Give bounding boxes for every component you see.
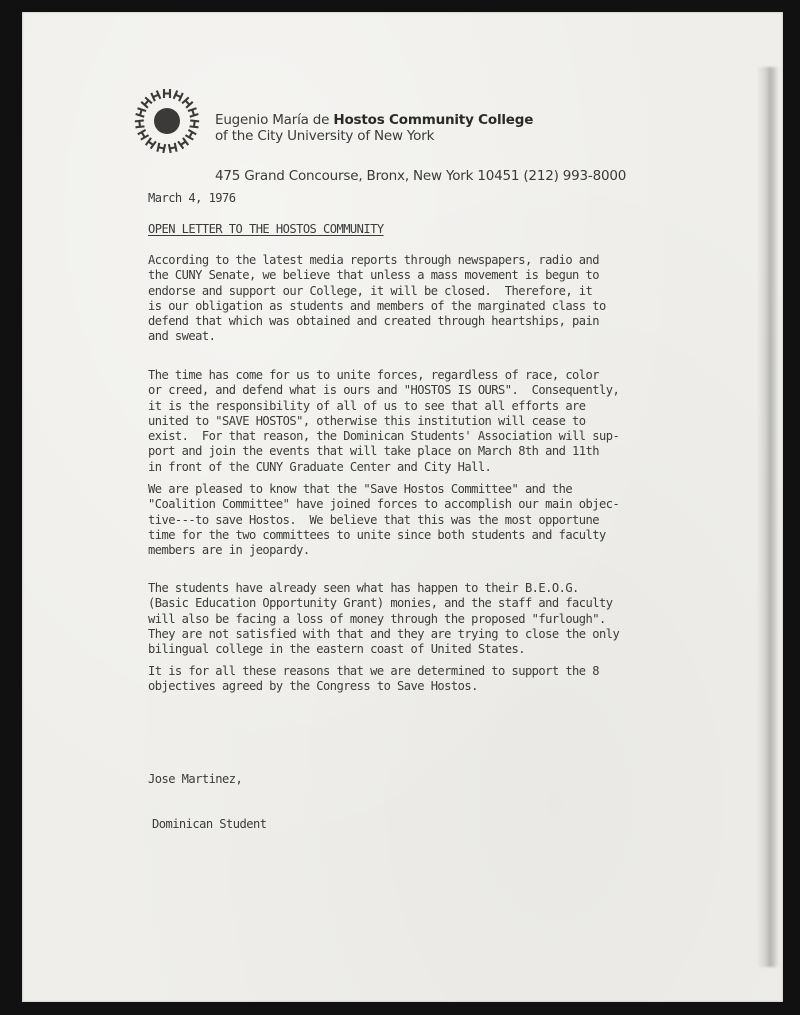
signature-block: Jose Martinez, Dominican Student: [148, 741, 266, 863]
letter-date: March 4, 1976: [148, 191, 236, 206]
text-line: bilingual college in the eastern coast o…: [148, 642, 619, 657]
letter-title: OPEN LETTER TO THE HOSTOS COMMUNITY: [148, 222, 384, 237]
text-line: is our obligation as students and member…: [148, 299, 606, 314]
paragraph-3: We are pleased to know that the "Save Ho…: [148, 482, 619, 558]
text-line: or creed, and defend what is ours and "H…: [148, 383, 619, 398]
paragraph-2: The time has come for us to unite forces…: [148, 368, 619, 475]
text-line: It is for all these reasons that we are …: [148, 664, 599, 679]
text-line: time for the two committees to unite sin…: [148, 528, 619, 543]
letter-page: Eugenio María de Hostos Community Colleg…: [22, 12, 783, 1002]
institution-name: Eugenio María de Hostos Community Colleg…: [215, 112, 533, 128]
text-line: port and join the events that will take …: [148, 444, 619, 459]
scan-edge-smudge: [757, 67, 779, 967]
text-line: We are pleased to know that the "Save Ho…: [148, 482, 619, 497]
signatory-title: Dominican Student: [148, 817, 266, 832]
institution-affiliation: of the City University of New York: [215, 128, 533, 144]
letterhead: Eugenio María de Hostos Community Colleg…: [134, 88, 694, 188]
institution-address: 475 Grand Concourse, Bronx, New York 104…: [215, 168, 626, 184]
institution-name-block: Eugenio María de Hostos Community Colleg…: [215, 112, 533, 144]
text-line: members are in jeopardy.: [148, 543, 619, 558]
text-line: According to the latest media reports th…: [148, 253, 606, 268]
text-line: They are not satisfied with that and the…: [148, 627, 619, 642]
institution-name-bold: Hostos Community College: [333, 112, 533, 128]
text-line: the CUNY Senate, we believe that unless …: [148, 268, 606, 283]
text-line: objectives agreed by the Congress to Sav…: [148, 679, 599, 694]
hostos-sun-logo-icon: [134, 88, 200, 154]
text-line: united to "SAVE HOSTOS", otherwise this …: [148, 414, 619, 429]
text-line: tive---to save Hostos. We believe that t…: [148, 513, 619, 528]
text-line: endorse and support our College, it will…: [148, 284, 606, 299]
text-line: and sweat.: [148, 329, 606, 344]
text-line: will also be facing a loss of money thro…: [148, 612, 619, 627]
paragraph-4: The students have already seen what has …: [148, 581, 619, 657]
signatory-name: Jose Martinez,: [148, 772, 266, 787]
text-line: exist. For that reason, the Dominican St…: [148, 429, 619, 444]
text-line: The students have already seen what has …: [148, 581, 619, 596]
paragraph-5: It is for all these reasons that we are …: [148, 664, 599, 695]
text-line: "Coalition Committee" have joined forces…: [148, 497, 619, 512]
text-line: defend that which was obtained and creat…: [148, 314, 606, 329]
text-line: in front of the CUNY Graduate Center and…: [148, 460, 619, 475]
institution-prefix: Eugenio María de: [215, 112, 333, 128]
text-line: (Basic Education Opportunity Grant) moni…: [148, 596, 619, 611]
scanned-document-viewer: Eugenio María de Hostos Community Colleg…: [0, 0, 800, 1015]
text-line: it is the responsibility of all of us to…: [148, 399, 619, 414]
paragraph-1: According to the latest media reports th…: [148, 253, 606, 345]
text-line: The time has come for us to unite forces…: [148, 368, 619, 383]
